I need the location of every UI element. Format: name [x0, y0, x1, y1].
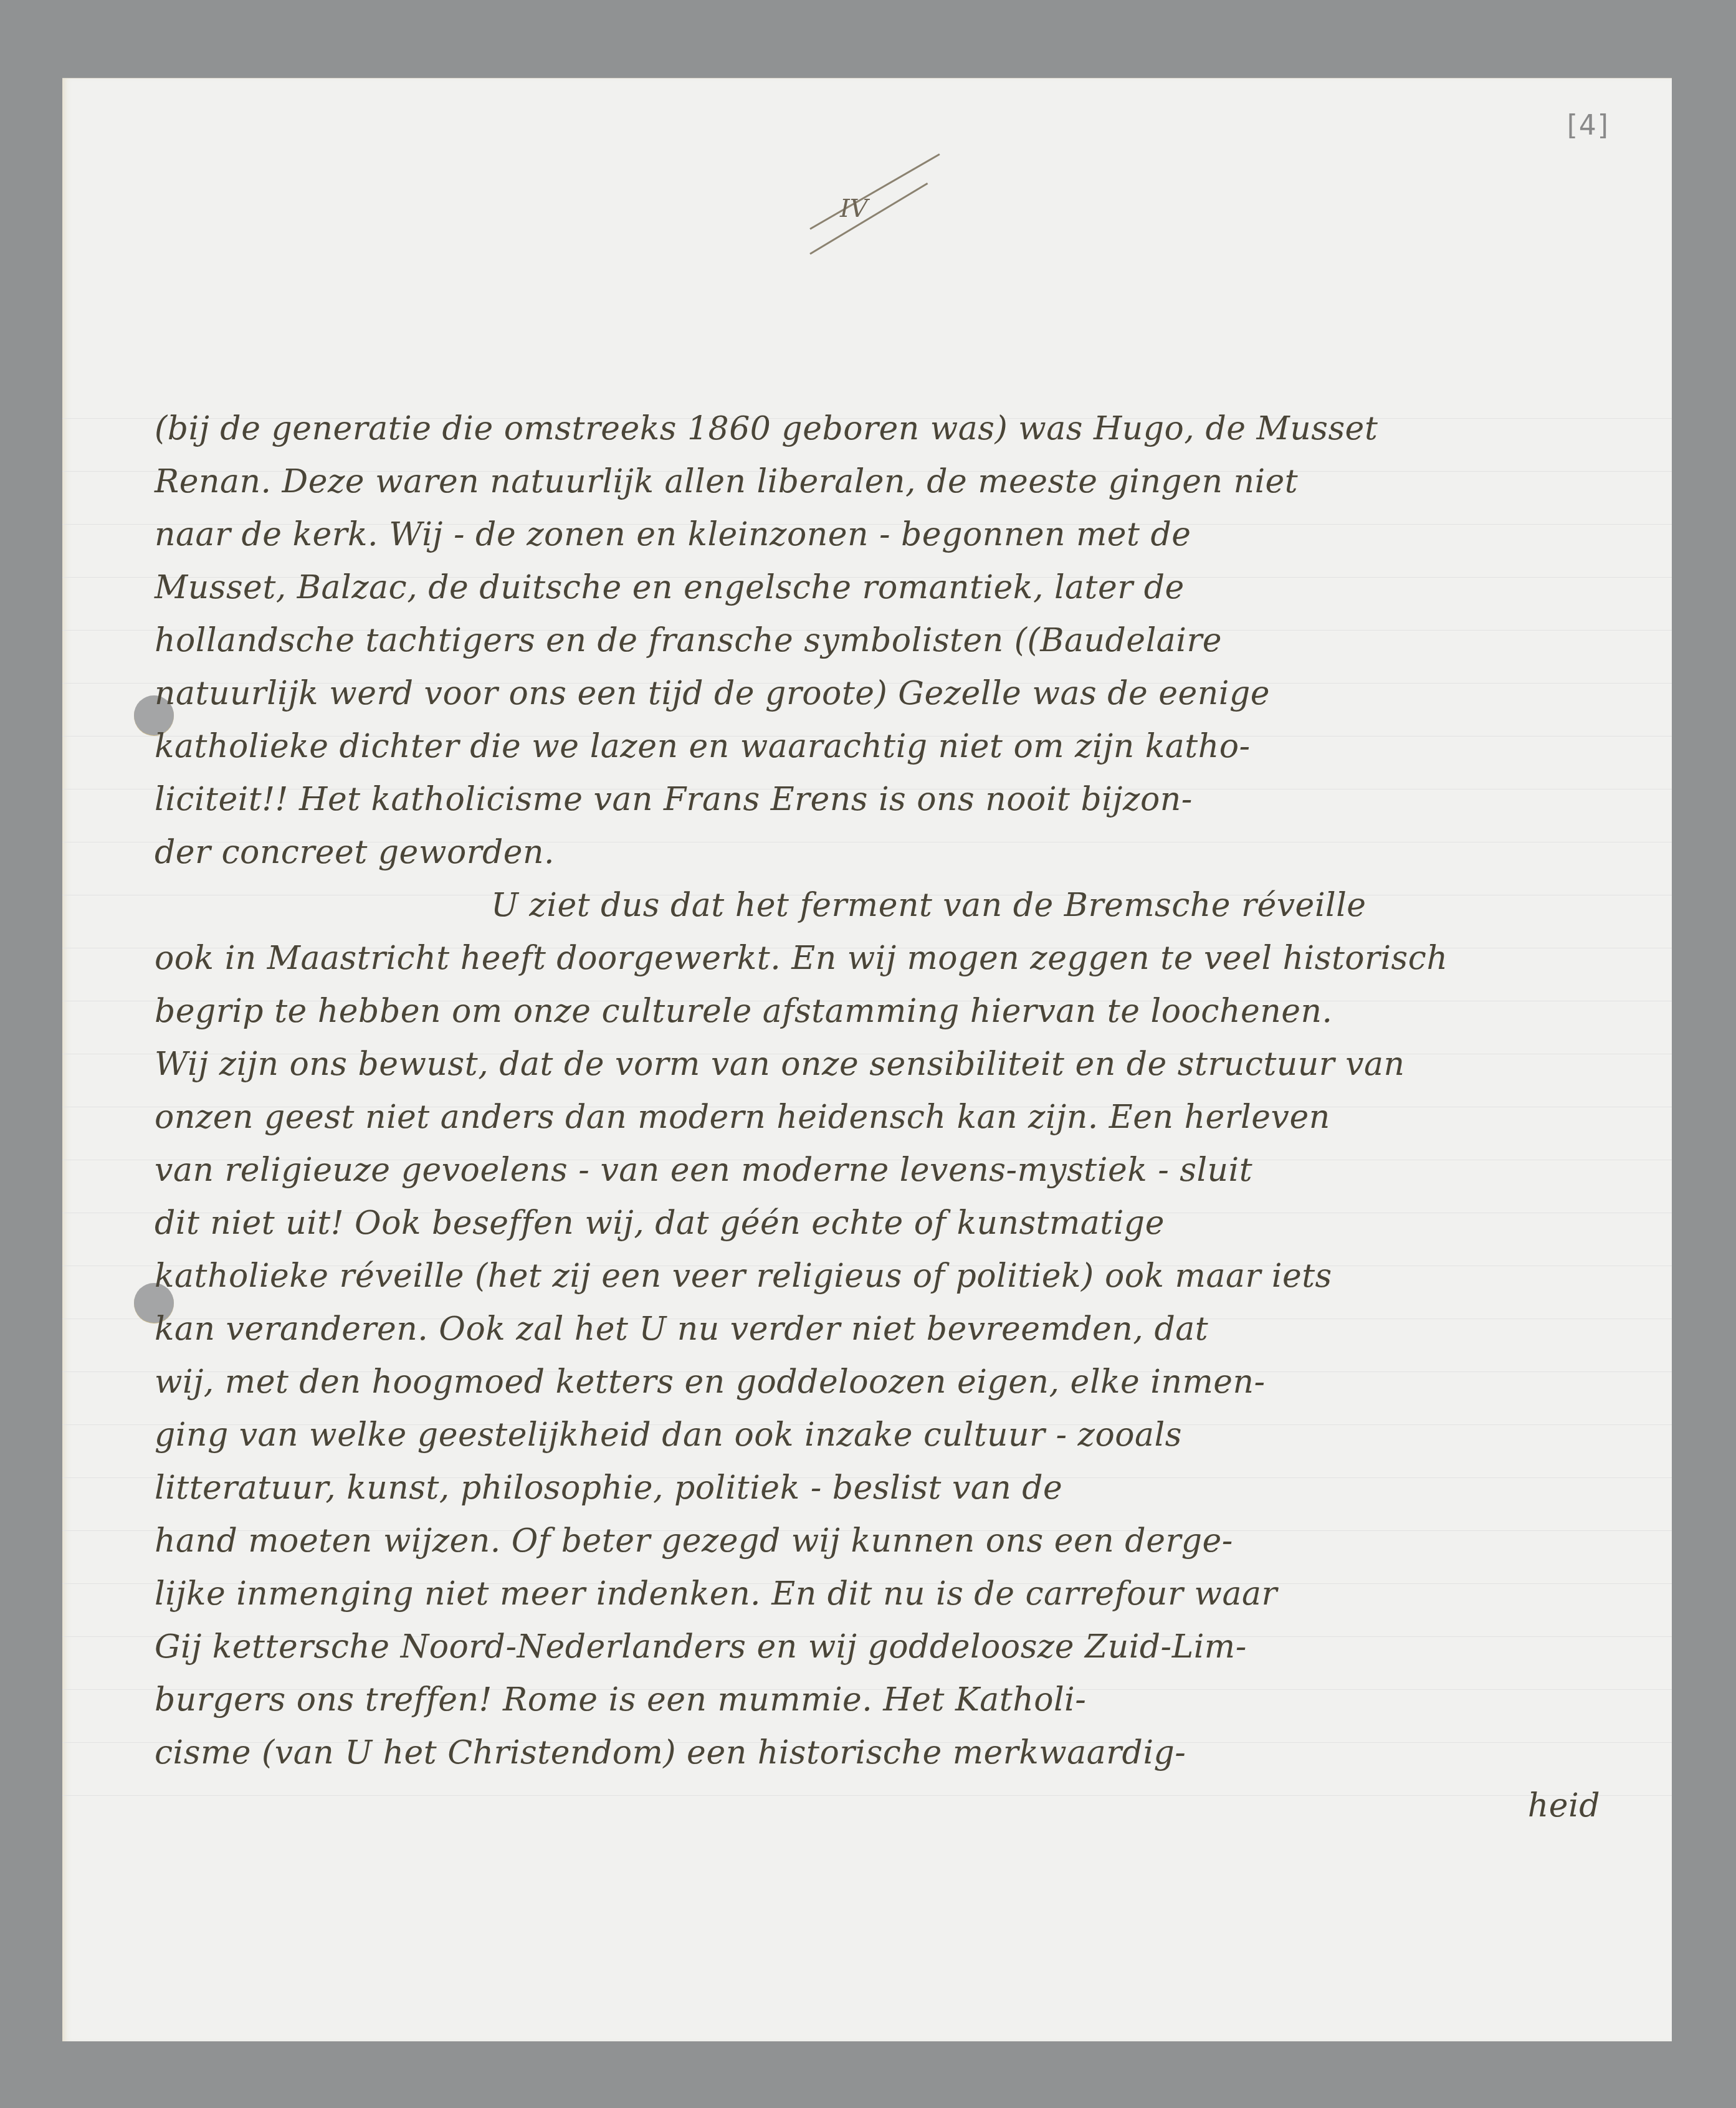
text-line: der concreet geworden.: [155, 826, 1662, 879]
chapter-numeral: IV: [840, 194, 868, 223]
text-line: Gij kettersche Noord-Nederlanders en wij…: [155, 1621, 1662, 1674]
text-line: liciteit!! Het katholicisme van Frans Er…: [155, 773, 1662, 826]
text-line: burgers ons treffen! Rome is een mummie.…: [155, 1674, 1662, 1727]
text-line: wij, met den hoogmoed ketters en goddelo…: [155, 1356, 1662, 1409]
text-line: naar de kerk. Wij - de zonen en kleinzon…: [155, 508, 1662, 561]
chapter-heading: IV: [798, 166, 947, 241]
text-line: begrip te hebben om onze culturele afsta…: [155, 985, 1662, 1038]
text-line: katholieke réveille (het zij een veer re…: [155, 1250, 1662, 1303]
text-line: Musset, Balzac, de duitsche en engelsche…: [155, 561, 1662, 614]
text-line: katholieke dichter die we lazen en waara…: [155, 720, 1662, 773]
text-line-final-word: heid: [155, 1780, 1662, 1833]
page-number: [4]: [1567, 110, 1610, 141]
text-line: Wij zijn ons bewust, dat de vorm van onz…: [155, 1038, 1662, 1091]
handwritten-text: (bij de generatie die omstreeks 1860 geb…: [155, 403, 1662, 1833]
text-line: hollandsche tachtigers en de fransche sy…: [155, 614, 1662, 667]
text-line: Renan. Deze waren natuurlijk allen liber…: [155, 455, 1662, 508]
text-line: litteratuur, kunst, philosophie, politie…: [155, 1462, 1662, 1515]
decorative-slash: [809, 153, 940, 230]
text-line: (bij de generatie die omstreeks 1860 geb…: [155, 403, 1662, 455]
text-line: onzen geest niet anders dan modern heide…: [155, 1091, 1662, 1144]
text-line: ging van welke geestelijkheid dan ook in…: [155, 1409, 1662, 1462]
text-line: hand moeten wijzen. Of beter gezegd wij …: [155, 1515, 1662, 1568]
text-line: natuurlijk werd voor ons een tijd de gro…: [155, 667, 1662, 720]
text-line: van religieuze gevoelens - van een moder…: [155, 1144, 1662, 1197]
manuscript-page: [4] IV (bij de generatie die omstreeks 1…: [62, 78, 1672, 2041]
text-line: kan veranderen. Ook zal het U nu verder …: [155, 1303, 1662, 1356]
text-line: dit niet uit! Ook beseffen wij, dat géén…: [155, 1197, 1662, 1250]
text-line: ook in Maastricht heeft doorgewerkt. En …: [155, 932, 1662, 985]
text-line: cisme (van U het Christendom) een histor…: [155, 1727, 1662, 1780]
text-line-paragraph-start: U ziet dus dat het ferment van de Bremsc…: [155, 879, 1662, 932]
text-line: lijke inmenging niet meer indenken. En d…: [155, 1568, 1662, 1621]
